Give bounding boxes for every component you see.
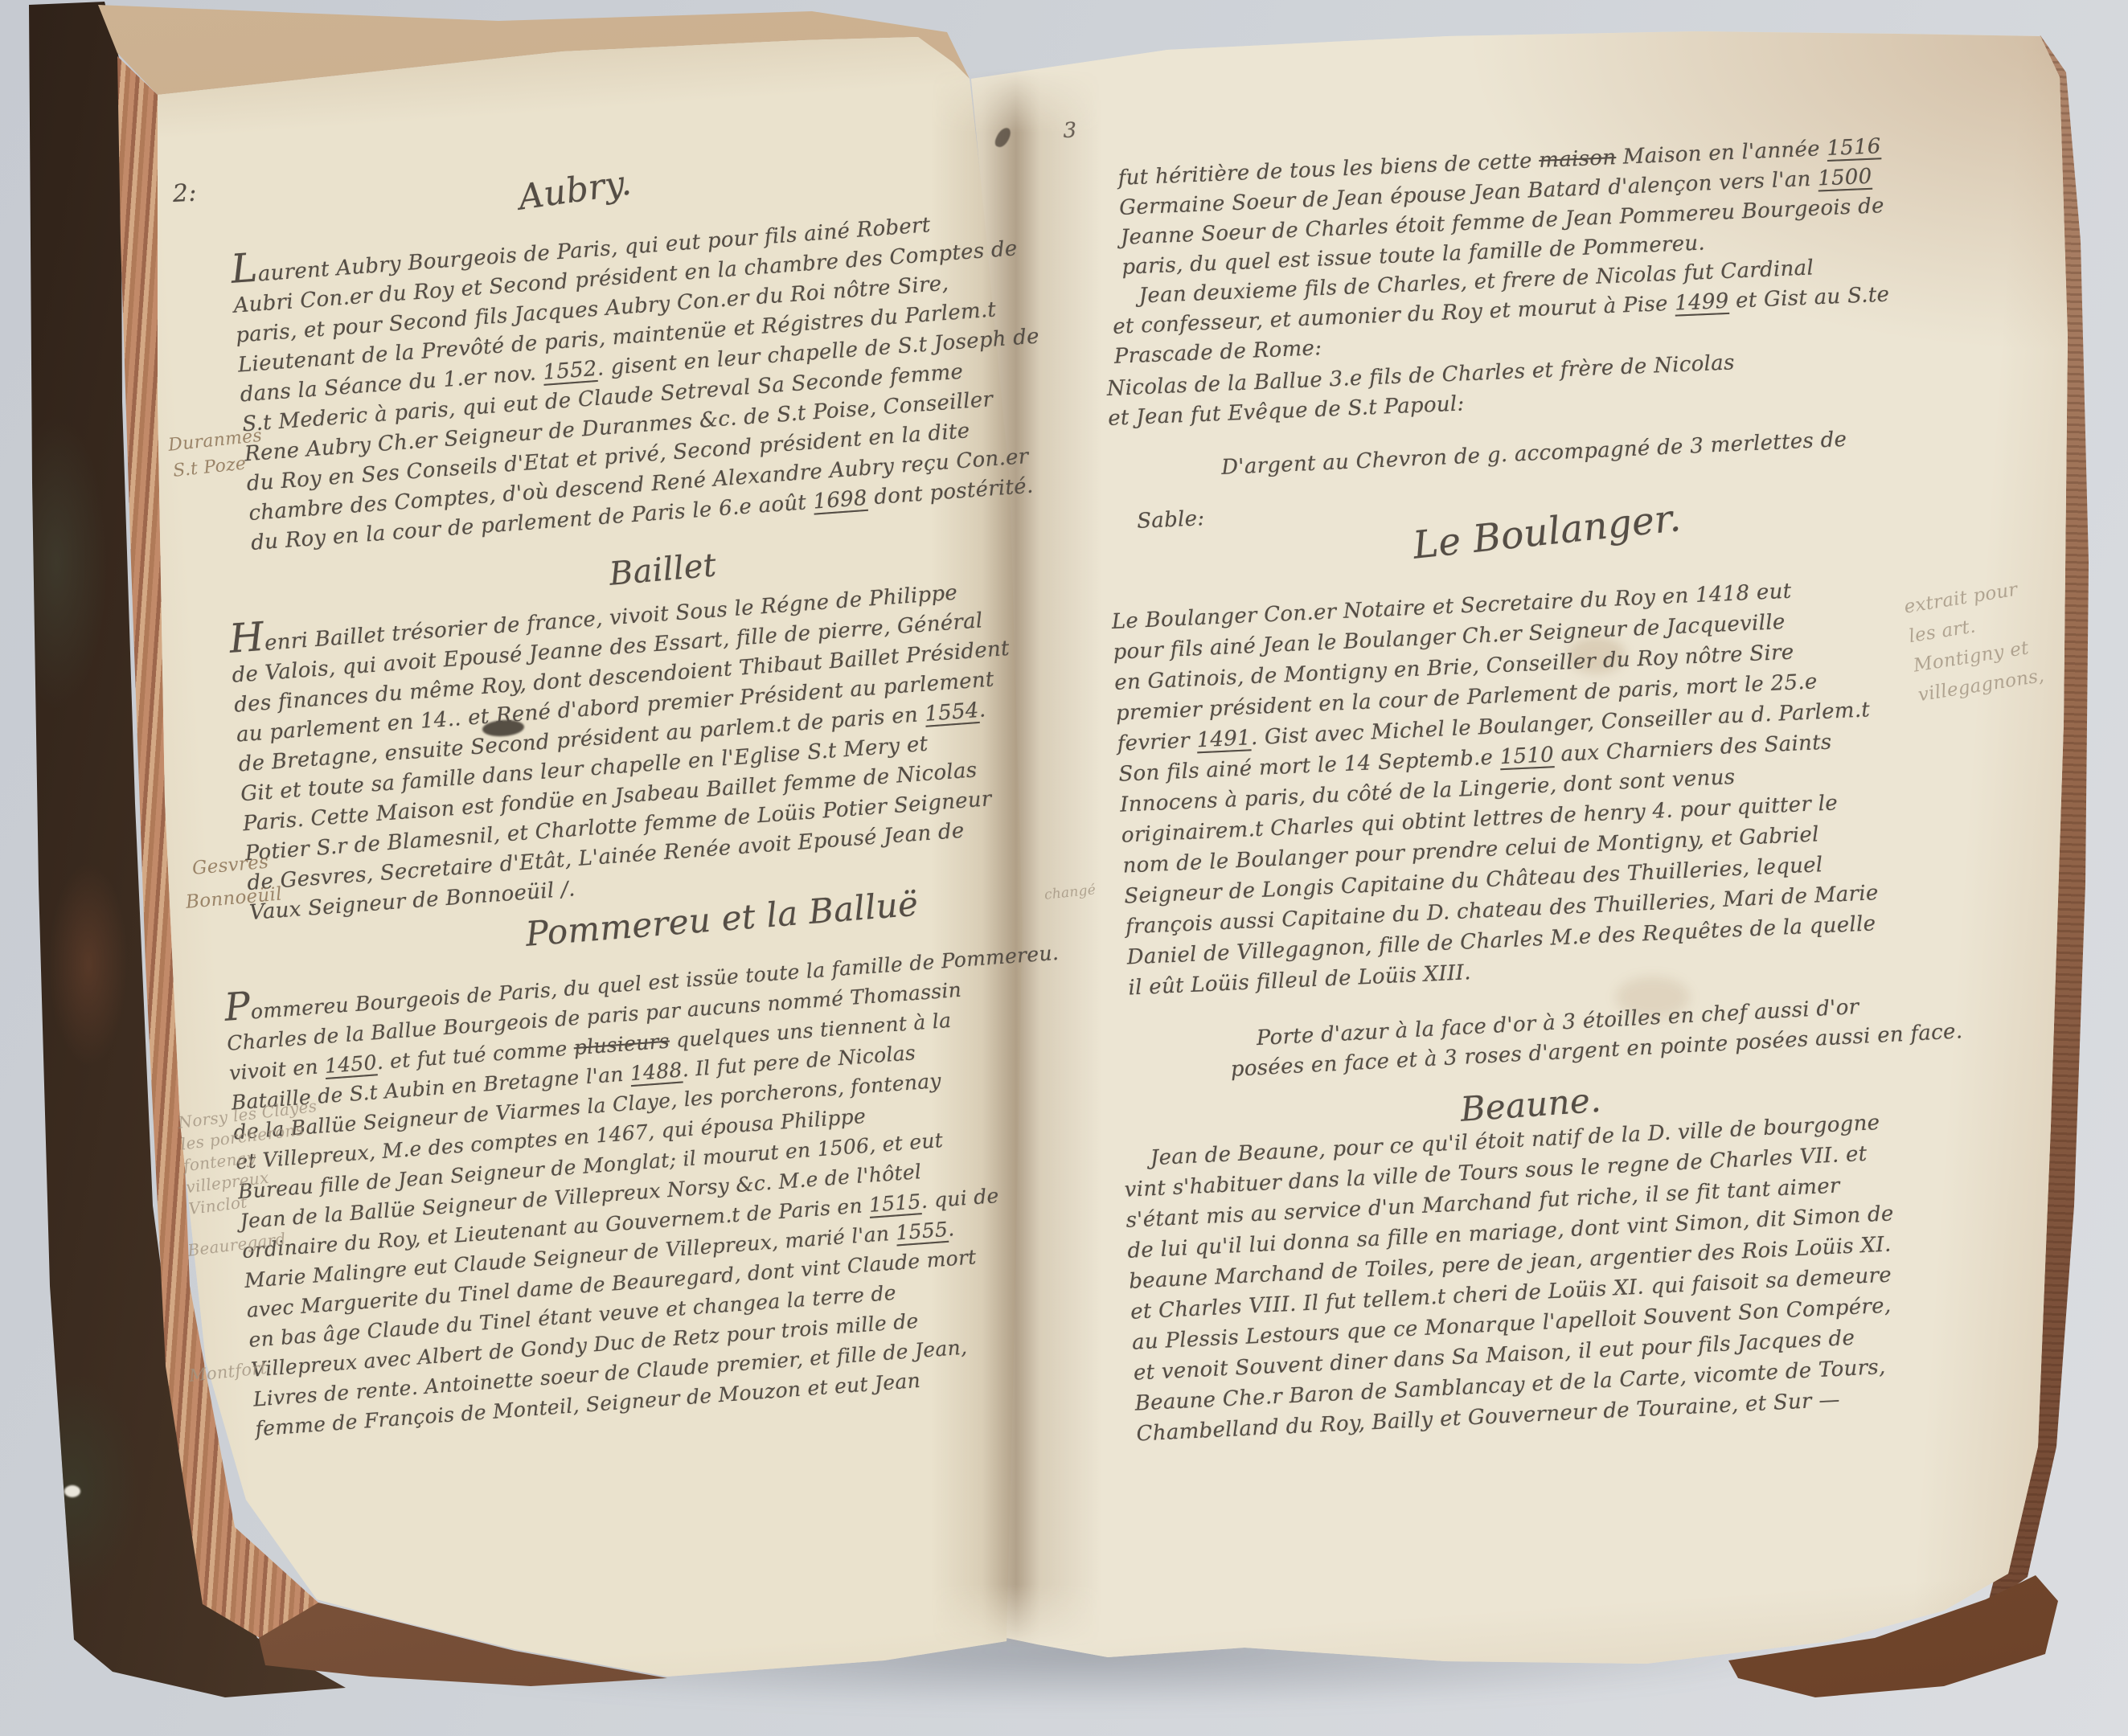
page-number-left: 2: (172, 178, 198, 208)
aubry-paragraph: Laurent Aubry Bourgeois de Paris, qui eu… (230, 197, 1052, 559)
baillet-paragraph: Henri Baillet trésorier de france, vivoi… (228, 568, 1026, 928)
page-number-right: 3 (1063, 118, 1077, 143)
pommereu-paragraph: Pommereu Bourgeois de Paris, du quel est… (223, 934, 1090, 1444)
beaune-paragraph: Jean de Beaune, pour ce qu'il étoit nati… (1122, 1107, 1904, 1449)
margin-note-place-list: Norsy les Clayesles porcheronsfontenayvi… (177, 1095, 329, 1220)
margin-note-extract: extrait pourles art.Montigny etvillegagn… (1902, 573, 2047, 710)
cover-corner-chip (64, 1485, 80, 1497)
photograph-open-manuscript-book: 2: Aubry. Laurent Aubry Bourgeois de Par… (0, 0, 2128, 1736)
le-boulanger-paragraph: Le Boulanger Con.er Notaire et Secretair… (1111, 572, 1882, 1003)
